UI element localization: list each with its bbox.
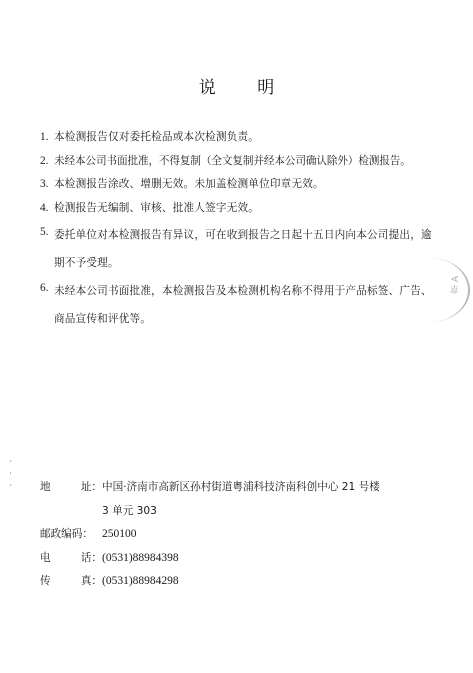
note-item: 4. 检测报告无编制、审核、批准人签字无效。: [40, 197, 440, 221]
page-title: 说 明: [0, 73, 473, 98]
fax-value: (0531)88984298: [102, 570, 179, 594]
fax-label: 传 真：: [40, 570, 102, 594]
note-item: 1. 本检测报告仅对委托检品或本次检测负责。: [40, 126, 440, 150]
scan-mark: [10, 484, 11, 486]
note-text: 本检测报告涂改、增删无效。未加盖检测单位印章无效。: [54, 173, 440, 197]
note-number: 3.: [40, 173, 54, 197]
address-label: 地 址：: [40, 476, 102, 500]
phone-value: (0531)88984398: [102, 547, 179, 571]
note-number: 1.: [40, 126, 54, 150]
note-text: 委托单位对本检测报告有异议，可在收到报告之日起十五日内向本公司提出，逾期不予受理…: [54, 221, 440, 277]
phone-label-b: 话：: [81, 547, 102, 571]
note-item: 6. 未经本公司书面批准，本检测报告及本检测机构名称不得用于产品标签、广告、商品…: [40, 277, 440, 333]
fax-label-a: 传: [40, 570, 51, 594]
phone-label: 电 话：: [40, 547, 102, 571]
phone-label-a: 电: [40, 547, 51, 571]
note-text: 本检测报告仅对委托检品或本次检测负责。: [54, 126, 440, 150]
phone-row: 电 话： (0531)88984398: [40, 547, 450, 571]
note-item: 3. 本检测报告涂改、增删无效。未加盖检测单位印章无效。: [40, 173, 440, 197]
note-item: 5. 委托单位对本检测报告有异议，可在收到报告之日起十五日内向本公司提出，逾期不…: [40, 221, 440, 277]
note-number: 2.: [40, 150, 54, 174]
address-value-line2: 3 单元 303: [102, 500, 157, 524]
postcode-value: 250100: [102, 523, 137, 547]
contact-info: 地 址： 中国·济南市高新区孙村街道粤浦科技济南科创中心 21 号楼 3 单元 …: [40, 476, 450, 594]
note-item: 2. 未经本公司书面批准，不得复制（全文复制并经本公司确认除外）检测报告。: [40, 150, 440, 174]
address-row-2: 3 单元 303: [40, 500, 450, 524]
note-number: 5.: [40, 221, 54, 277]
seal-stamp: 章 A: [428, 258, 470, 322]
note-text: 检测报告无编制、审核、批准人签字无效。: [54, 197, 440, 221]
address-value: 中国·济南市高新区孙村街道粤浦科技济南科创中心 21 号楼: [102, 476, 380, 500]
notes-list: 1. 本检测报告仅对委托检品或本次检测负责。 2. 未经本公司书面批准，不得复制…: [40, 126, 440, 333]
seal-stamp-text: 章 A: [449, 276, 462, 294]
fax-label-b: 真：: [81, 570, 102, 594]
postcode-row: 邮政编码： 250100: [40, 523, 450, 547]
note-number: 6.: [40, 277, 54, 333]
note-number: 4.: [40, 197, 54, 221]
address-row: 地 址： 中国·济南市高新区孙村街道粤浦科技济南科创中心 21 号楼: [40, 476, 450, 500]
scan-mark: [10, 472, 11, 474]
note-text: 未经本公司书面批准，本检测报告及本检测机构名称不得用于产品标签、广告、商品宣传和…: [54, 277, 440, 333]
scan-mark: [10, 460, 11, 462]
postcode-label: 邮政编码：: [40, 523, 102, 547]
address-label-a: 地: [40, 476, 51, 500]
address-label-b: 址：: [81, 476, 102, 500]
note-text: 未经本公司书面批准，不得复制（全文复制并经本公司确认除外）检测报告。: [54, 150, 440, 174]
fax-row: 传 真： (0531)88984298: [40, 570, 450, 594]
